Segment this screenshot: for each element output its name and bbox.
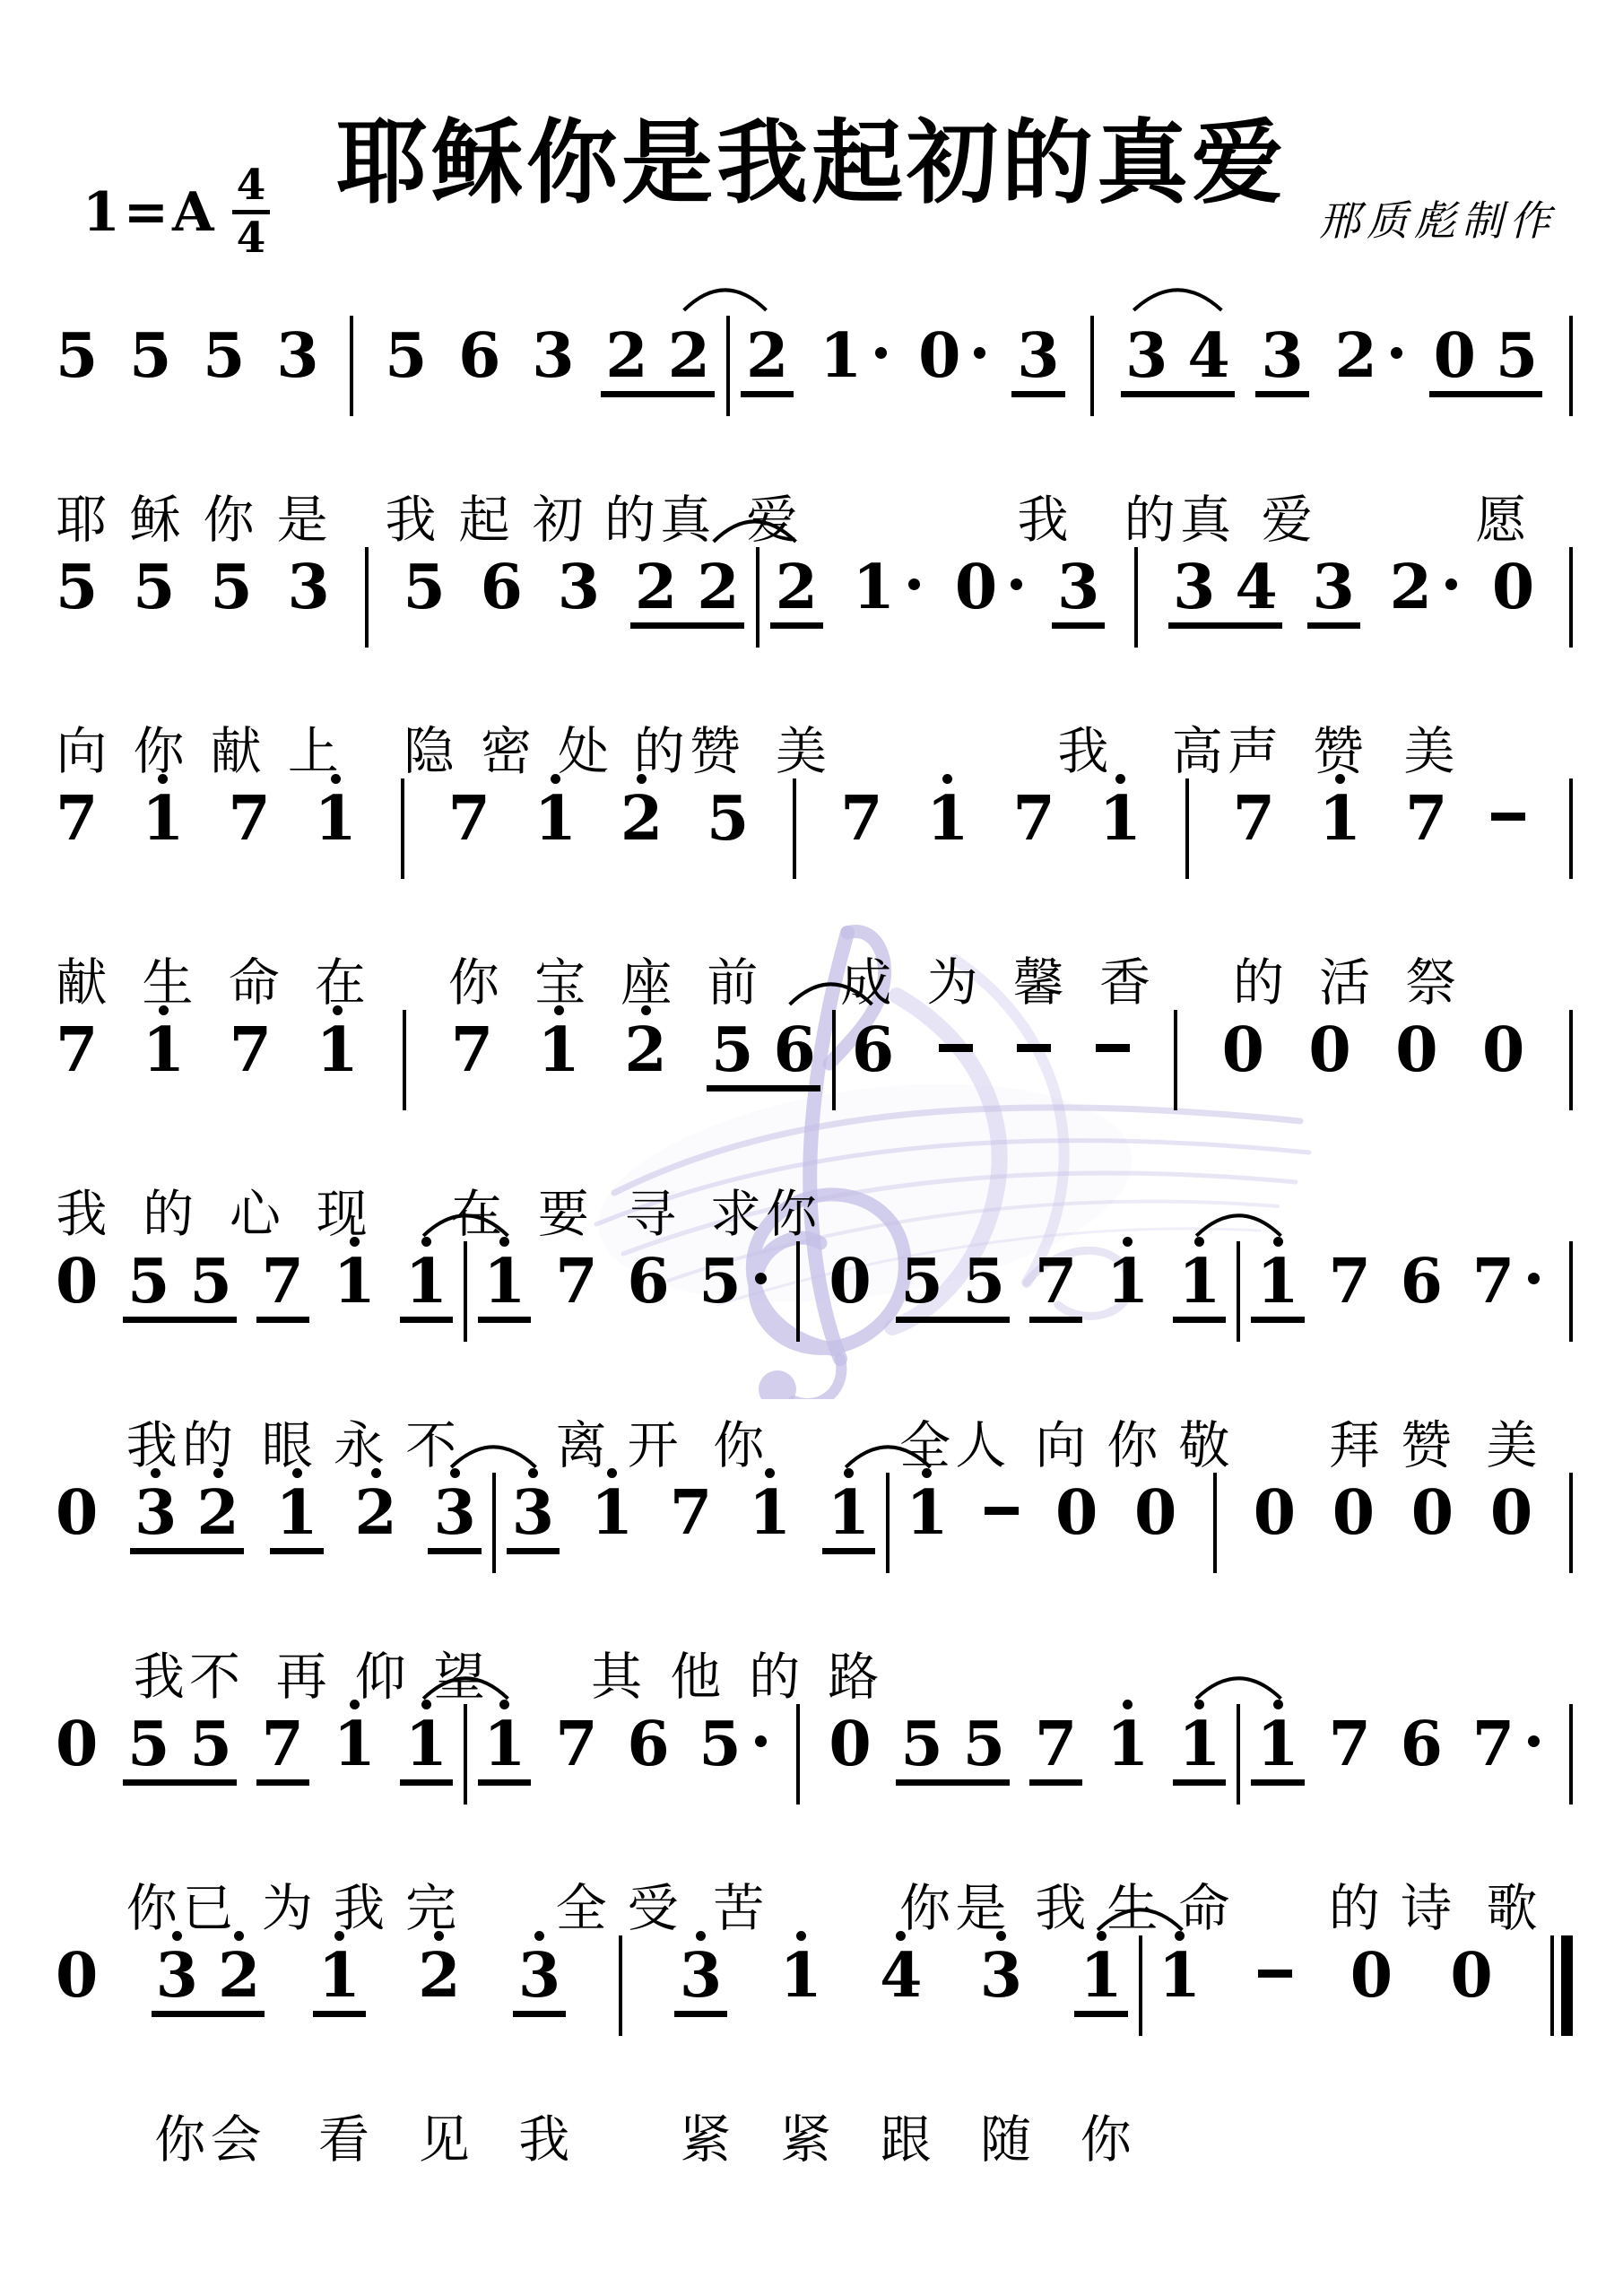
note: 2 — [1335, 305, 1402, 388]
note-column: 0 — [955, 536, 997, 620]
beam-group-notes: 55 — [127, 1693, 232, 1777]
note-zone: 7 — [1405, 768, 1447, 851]
note-digit: 3 — [1125, 324, 1167, 388]
barline — [1569, 305, 1573, 416]
note-digit: 0 — [1395, 1018, 1437, 1083]
beam-underline — [896, 1317, 1010, 1323]
note-column: 2 — [1335, 305, 1377, 388]
note-digit: 5 — [189, 1712, 231, 1777]
note-zone: 0 — [829, 1693, 871, 1777]
note-zone: 6 — [481, 536, 523, 620]
note-digit: 7 — [1035, 1249, 1077, 1314]
note-zone: 0 — [1350, 1925, 1393, 2008]
note-zone: 1 — [1159, 1925, 1201, 2008]
note-column: 1 — [906, 1462, 948, 1545]
note-zone: 1 — [779, 1925, 821, 2008]
note-zone: 0 — [1490, 1462, 1532, 1545]
note-zone: 4 — [880, 1925, 922, 2008]
extension-dash-cell — [1017, 999, 1051, 1052]
note-digit: 7 — [1012, 787, 1055, 851]
note-digit: 1 — [1107, 1249, 1149, 1314]
barline-stroke — [1569, 316, 1573, 416]
note-digit: 5 — [385, 324, 427, 388]
note-column: 2 — [605, 305, 647, 388]
note-zone: 1 — [1256, 1231, 1298, 1323]
note-digit: 0 — [1490, 1481, 1532, 1545]
note-zone: 5 — [203, 305, 245, 388]
note-column: 1 — [318, 1925, 360, 2017]
note: 6 — [852, 999, 894, 1083]
note-column: 7 — [230, 999, 272, 1083]
note: 7成 — [840, 768, 882, 851]
note-column: 6 — [627, 1231, 669, 1314]
note-digit: 0 — [56, 1249, 98, 1314]
barline-stroke — [1569, 1010, 1573, 1110]
note-zone: 2 — [624, 999, 666, 1083]
extension-dash-cell — [1491, 768, 1525, 821]
beam-underline — [513, 2011, 566, 2017]
beam-underline — [123, 1779, 237, 1786]
note-column: 5 — [127, 1231, 169, 1314]
note-digit: 7 — [1472, 1249, 1515, 1314]
note-digit: 5 — [129, 324, 171, 388]
beam-underline — [1251, 1779, 1304, 1786]
note: 7的 — [1233, 768, 1275, 851]
barline-stroke — [1569, 778, 1573, 879]
note-digit: 1 — [591, 1481, 633, 1545]
note-zone: 3 — [433, 1462, 475, 1554]
note-column: 0 — [918, 305, 960, 388]
note-digit: 7 — [228, 787, 270, 851]
note-zone: 2 — [1335, 305, 1402, 388]
note-digit: 7 — [1405, 787, 1447, 851]
note: 3望 — [433, 1462, 475, 1554]
barline — [464, 1231, 467, 1342]
note-column: 0 — [56, 1231, 98, 1314]
note-zone: 1 — [820, 305, 887, 388]
note-column: 6 — [627, 1693, 669, 1777]
note-column: 7 — [555, 1693, 597, 1777]
note-zone: 6 — [627, 1693, 669, 1777]
note-zone: 7 — [840, 768, 882, 851]
rest: 0 — [1490, 1462, 1532, 1545]
note-digit: 3 — [156, 1944, 198, 2008]
beam-underline — [896, 1779, 1010, 1786]
note-column: 6 — [458, 305, 500, 388]
beam-underline — [770, 622, 823, 629]
note: 6诗 — [1401, 1693, 1443, 1777]
note-zone: 7 — [1472, 1693, 1540, 1777]
beam-underline — [256, 1317, 309, 1323]
note-digit: 0 — [829, 1249, 871, 1314]
beam-underline — [1029, 1317, 1082, 1323]
note-digit: 2 — [624, 1018, 666, 1083]
note-digit: 7 — [840, 787, 882, 851]
tie-group: 1命1 — [1178, 1693, 1299, 1805]
note-zone: 5 — [699, 1693, 766, 1777]
note-column: 5 — [699, 1231, 741, 1314]
note: 5稣 — [129, 305, 171, 388]
note-column: 5 — [711, 999, 753, 1083]
note-digit: 2 — [1335, 324, 1377, 388]
extension-dash — [985, 1507, 1019, 1515]
note: 1永 — [334, 1231, 376, 1314]
note: 2仰 — [354, 1462, 396, 1545]
note-column: 2 — [624, 999, 666, 1083]
note-column: 0 — [1134, 1462, 1176, 1545]
beam-underline — [1251, 1317, 1304, 1323]
beam-group-notes: 32 — [156, 1925, 261, 2008]
note: 1紧 — [779, 1925, 821, 2008]
beam-group: 55你是 — [900, 1693, 1005, 1786]
note: 3 — [512, 1462, 554, 1554]
note-zone: 0 — [918, 305, 985, 388]
note-digit: 1 — [142, 787, 184, 851]
note-zone: 1 — [926, 768, 968, 851]
beam-group-notes: 34 — [1125, 305, 1230, 388]
augmentation-dot — [908, 578, 920, 590]
note: 1完 — [405, 1693, 447, 1786]
note-column: 5 — [900, 1693, 942, 1777]
note-zone: 7 — [448, 768, 490, 851]
note-digit: 1 — [315, 787, 357, 851]
beam-group-zone: 56 — [711, 999, 816, 1091]
note-zone: 6 — [458, 305, 500, 388]
barline — [1569, 999, 1573, 1110]
note-digit: 0 — [918, 324, 960, 388]
note: 3紧 — [680, 1925, 722, 2017]
barline-stroke — [1134, 547, 1138, 648]
beam-underline — [630, 622, 744, 629]
beam-underline — [1429, 391, 1543, 397]
note-digit: 3 — [980, 1944, 1022, 2008]
note-column: 5 — [56, 305, 98, 388]
note-column: 1 — [315, 768, 357, 851]
barline — [401, 768, 404, 879]
note: 1再 — [275, 1462, 317, 1554]
note-zone: 0 — [56, 1231, 98, 1314]
note-column: 7 — [448, 768, 490, 851]
note-digit: 7 — [451, 1018, 493, 1083]
beam-group: 22的赞 — [635, 536, 740, 629]
note: 1其 — [591, 1462, 633, 1545]
note: 6密 — [481, 536, 523, 620]
note-zone: 3 — [980, 1925, 1022, 2008]
note: 1的 — [143, 999, 185, 1083]
barline-stroke — [1569, 1704, 1573, 1805]
tie-group-parts: 1敬1 — [1178, 1231, 1299, 1342]
barline-stroke — [756, 547, 759, 648]
note-digit: 3 — [680, 1944, 722, 2008]
rest: 0 — [1332, 1462, 1375, 1545]
note-zone: 5 — [133, 536, 175, 620]
beam-underline — [123, 1317, 237, 1323]
note-digit: 1 — [1099, 787, 1141, 851]
note-column: 3 — [135, 1462, 177, 1545]
note-digit: 0 — [56, 1712, 98, 1777]
barline-stroke — [1237, 1704, 1240, 1805]
extension-dash — [1017, 1044, 1051, 1052]
note-column: 3 — [512, 1462, 554, 1554]
barline — [1134, 536, 1138, 648]
note: 1看 — [318, 1925, 360, 2017]
note-digit: 0 — [1492, 555, 1534, 620]
note-digit: 3 — [532, 324, 574, 388]
note-zone: 7 — [262, 1231, 304, 1323]
note-column: 1 — [1107, 1231, 1149, 1314]
note-column: 2 — [196, 1462, 239, 1545]
note-column: 3 — [1173, 536, 1215, 620]
note-digit: 3 — [1313, 555, 1355, 620]
note-zone: 3 — [1313, 536, 1355, 629]
note-digit: 1 — [1319, 787, 1361, 851]
note-zone: 2 — [1390, 536, 1457, 620]
note-zone: 1 — [318, 1925, 360, 2017]
note-column: 1 — [143, 999, 185, 1083]
note-digit: 1 — [926, 787, 968, 851]
note-digit: 6 — [627, 1249, 669, 1314]
note-zone: 1 — [1319, 768, 1361, 851]
lyric: 你 — [154, 2111, 205, 2169]
note: 3是 — [276, 305, 318, 388]
note: 3随 — [980, 1925, 1022, 2008]
note-column: 1 — [334, 1231, 376, 1314]
note-column: 1 — [142, 768, 184, 851]
note: 2美 — [776, 536, 818, 629]
tie-arc — [711, 969, 894, 1006]
augmentation-dot — [1011, 578, 1022, 590]
beam-underline — [674, 2011, 727, 2017]
note: 7心 — [230, 999, 272, 1083]
note-column: 5 — [963, 1693, 1005, 1777]
note-zone: 7 — [1329, 1231, 1371, 1314]
lyric: 会 — [211, 2111, 262, 2169]
note-column: 2 — [621, 768, 663, 851]
note-digit: 0 — [1450, 1944, 1492, 2008]
tie-group-parts: 22的赞2美 — [635, 536, 818, 648]
note-column: 7 — [228, 768, 270, 851]
beam-underline — [601, 391, 715, 397]
tie-arc — [828, 1431, 949, 1469]
beam-group-notes: 32 — [135, 1462, 239, 1545]
note-column: 1 — [1256, 1693, 1298, 1786]
note-column: 6 — [852, 999, 894, 1083]
note: 5苦 — [699, 1693, 766, 1777]
barline — [726, 305, 730, 416]
note-zone: 7 — [1035, 1231, 1077, 1323]
note-zone: 1 — [316, 999, 358, 1083]
note-zone: 1 — [405, 1693, 447, 1786]
note-digit: 0 — [1254, 1481, 1296, 1545]
note: 3赞 — [1313, 536, 1355, 629]
barline — [1569, 1693, 1573, 1805]
augmentation-dot — [875, 347, 887, 359]
barline-stroke — [1090, 316, 1094, 416]
tie-arc — [1178, 1200, 1299, 1238]
tie-group-parts: 1不1 — [405, 1231, 526, 1342]
note-column: 7 — [1405, 768, 1447, 851]
barline-stroke — [401, 778, 404, 879]
note-zone: 0 — [1482, 999, 1524, 1083]
beam-group-notes: 22 — [635, 536, 740, 620]
note-column: 1 — [483, 1693, 525, 1786]
note-digit: 2 — [196, 1481, 239, 1545]
note-column: 1 — [820, 305, 862, 388]
note: 3我 — [1017, 305, 1059, 397]
barline — [1237, 1231, 1240, 1342]
note-digit: 3 — [1261, 324, 1303, 388]
note: 1 — [483, 1693, 525, 1786]
note-zone: 1 — [1178, 1693, 1220, 1786]
note-column: 0 — [1482, 999, 1524, 1083]
final-barline — [1550, 1925, 1573, 2036]
note-digit: 1 — [405, 1712, 447, 1777]
barline — [793, 768, 796, 879]
augmentation-dot — [755, 1273, 767, 1284]
note-column: 5 — [900, 1231, 942, 1314]
rest: 0 — [1350, 1925, 1393, 2008]
lyric: 你 — [1081, 2111, 1132, 2169]
note-column: 1 — [534, 768, 577, 851]
note: 1 — [1256, 1231, 1298, 1323]
barline — [365, 536, 369, 648]
note-digit: 0 — [56, 1944, 98, 2008]
note: 2座 — [621, 768, 663, 851]
key-tonic: 1=A — [82, 181, 218, 244]
tie-group-parts: 22的真2爱 — [605, 305, 788, 416]
time-signature-denominator: 4 — [232, 214, 271, 261]
note-column: 7 — [1035, 1693, 1077, 1786]
tie-group-parts: 1你1 — [1080, 1925, 1201, 2036]
note-column: 0 — [1350, 1925, 1393, 2008]
note-digit: 5 — [699, 1712, 741, 1777]
barline-thick-stroke — [1561, 1935, 1573, 2036]
note-digit: 0 — [1308, 1018, 1350, 1083]
note-zone: 0 — [1308, 999, 1350, 1083]
note-digit: 5 — [1496, 324, 1538, 388]
note-zone: 3 — [287, 536, 329, 620]
note-digit: 7 — [230, 1018, 272, 1083]
note-column: 3 — [1313, 536, 1355, 629]
note: 1生 — [142, 768, 184, 851]
rest: 0 — [1308, 999, 1350, 1083]
note: 7的 — [1329, 1693, 1371, 1777]
key-signature: 1=A 4 4 — [82, 163, 270, 261]
note-digit: 2 — [697, 555, 739, 620]
note-digit: 7 — [1329, 1249, 1371, 1314]
note-zone: 1 — [1099, 768, 1141, 851]
barline-stroke — [1569, 547, 1573, 648]
barline — [796, 1693, 800, 1805]
beam-group-zone: 32 — [135, 1462, 239, 1554]
note: 7全 — [555, 1693, 597, 1777]
note-column: 2 — [746, 305, 788, 397]
extension-dash — [1258, 1970, 1292, 1978]
barline — [464, 1693, 467, 1805]
note-digit: 0 — [955, 555, 997, 620]
note-digit: 0 — [1134, 1481, 1176, 1545]
lyric: 紧 — [680, 2111, 731, 2169]
note-column: 2 — [697, 536, 739, 620]
augmentation-dot — [1528, 1273, 1540, 1284]
note-digit: 1 — [483, 1249, 525, 1314]
note-column: 1 — [1256, 1231, 1298, 1323]
note-column: 5 — [963, 1231, 1005, 1314]
note: 7你 — [448, 768, 490, 851]
note-digit: 1 — [828, 1481, 870, 1545]
note: 2见 — [418, 1925, 460, 2008]
barline — [1213, 1462, 1217, 1573]
note-digit: 0 — [56, 1481, 98, 1545]
tie-group: 1完1 — [405, 1693, 526, 1805]
barline — [1174, 999, 1177, 1110]
note-zone: 7 — [262, 1693, 304, 1786]
note: 7祭 — [1405, 768, 1447, 851]
augmentation-dot — [1391, 347, 1402, 359]
barline — [832, 999, 836, 1110]
beam-group: 55全人 — [900, 1231, 1005, 1323]
note-digit: 0 — [1434, 324, 1476, 388]
note-zone: 1 — [275, 1462, 317, 1554]
music-line-4: 7我1的7心1现7在1要2寻56求你60000 — [56, 999, 1573, 1110]
note-column: 0 — [1055, 1462, 1098, 1545]
note-digit: 6 — [774, 1018, 816, 1083]
rest: 0 — [1492, 536, 1534, 620]
note: 1 — [483, 1231, 525, 1323]
note-zone: 5 — [210, 536, 252, 620]
note-digit: 1 — [1256, 1249, 1298, 1314]
beam-underline — [152, 2011, 265, 2017]
barline-stroke — [619, 1935, 622, 2036]
rest: 0 — [1222, 999, 1264, 1083]
rest: 0 — [918, 305, 985, 388]
note-zone: 2 — [354, 1462, 396, 1545]
note-zone: 1 — [143, 999, 185, 1083]
note-column: 5 — [189, 1693, 231, 1777]
note: 6受 — [627, 1693, 669, 1777]
augmentation-dot — [974, 347, 985, 359]
tie-group: 1你1 — [1080, 1925, 1201, 2036]
note: 7拜 — [1329, 1231, 1371, 1314]
rest: 0 — [829, 1693, 871, 1777]
note-zone: 7 — [555, 1231, 597, 1314]
tie-arc — [605, 274, 788, 312]
note: 1路 — [828, 1462, 870, 1554]
note-zone: 1 — [591, 1462, 633, 1545]
note-column: 0 — [1450, 1925, 1492, 2008]
note-zone: 3 — [1057, 536, 1099, 629]
note-column: 7 — [1472, 1231, 1515, 1314]
note-zone: 2 — [746, 305, 788, 397]
barline-stroke — [403, 1010, 406, 1110]
note-zone: 0 — [1055, 1462, 1098, 1545]
augmentation-dot — [1528, 1735, 1540, 1747]
note: 7我 — [1035, 1693, 1077, 1786]
note: 3爱 — [1261, 305, 1303, 397]
note-zone: 1 — [906, 1462, 948, 1545]
note-column: 7 — [1035, 1231, 1077, 1323]
note-column: 0 — [1222, 999, 1264, 1083]
barline — [619, 1925, 622, 2036]
note-column: 2 — [668, 305, 710, 388]
note: 7歌 — [1472, 1693, 1540, 1777]
note-column: 5 — [707, 768, 749, 851]
note: 5耶 — [56, 305, 98, 388]
barline-stroke — [793, 778, 796, 879]
beam-underline — [400, 1317, 453, 1323]
barline — [350, 305, 353, 416]
note: 1命 — [1178, 1693, 1220, 1786]
